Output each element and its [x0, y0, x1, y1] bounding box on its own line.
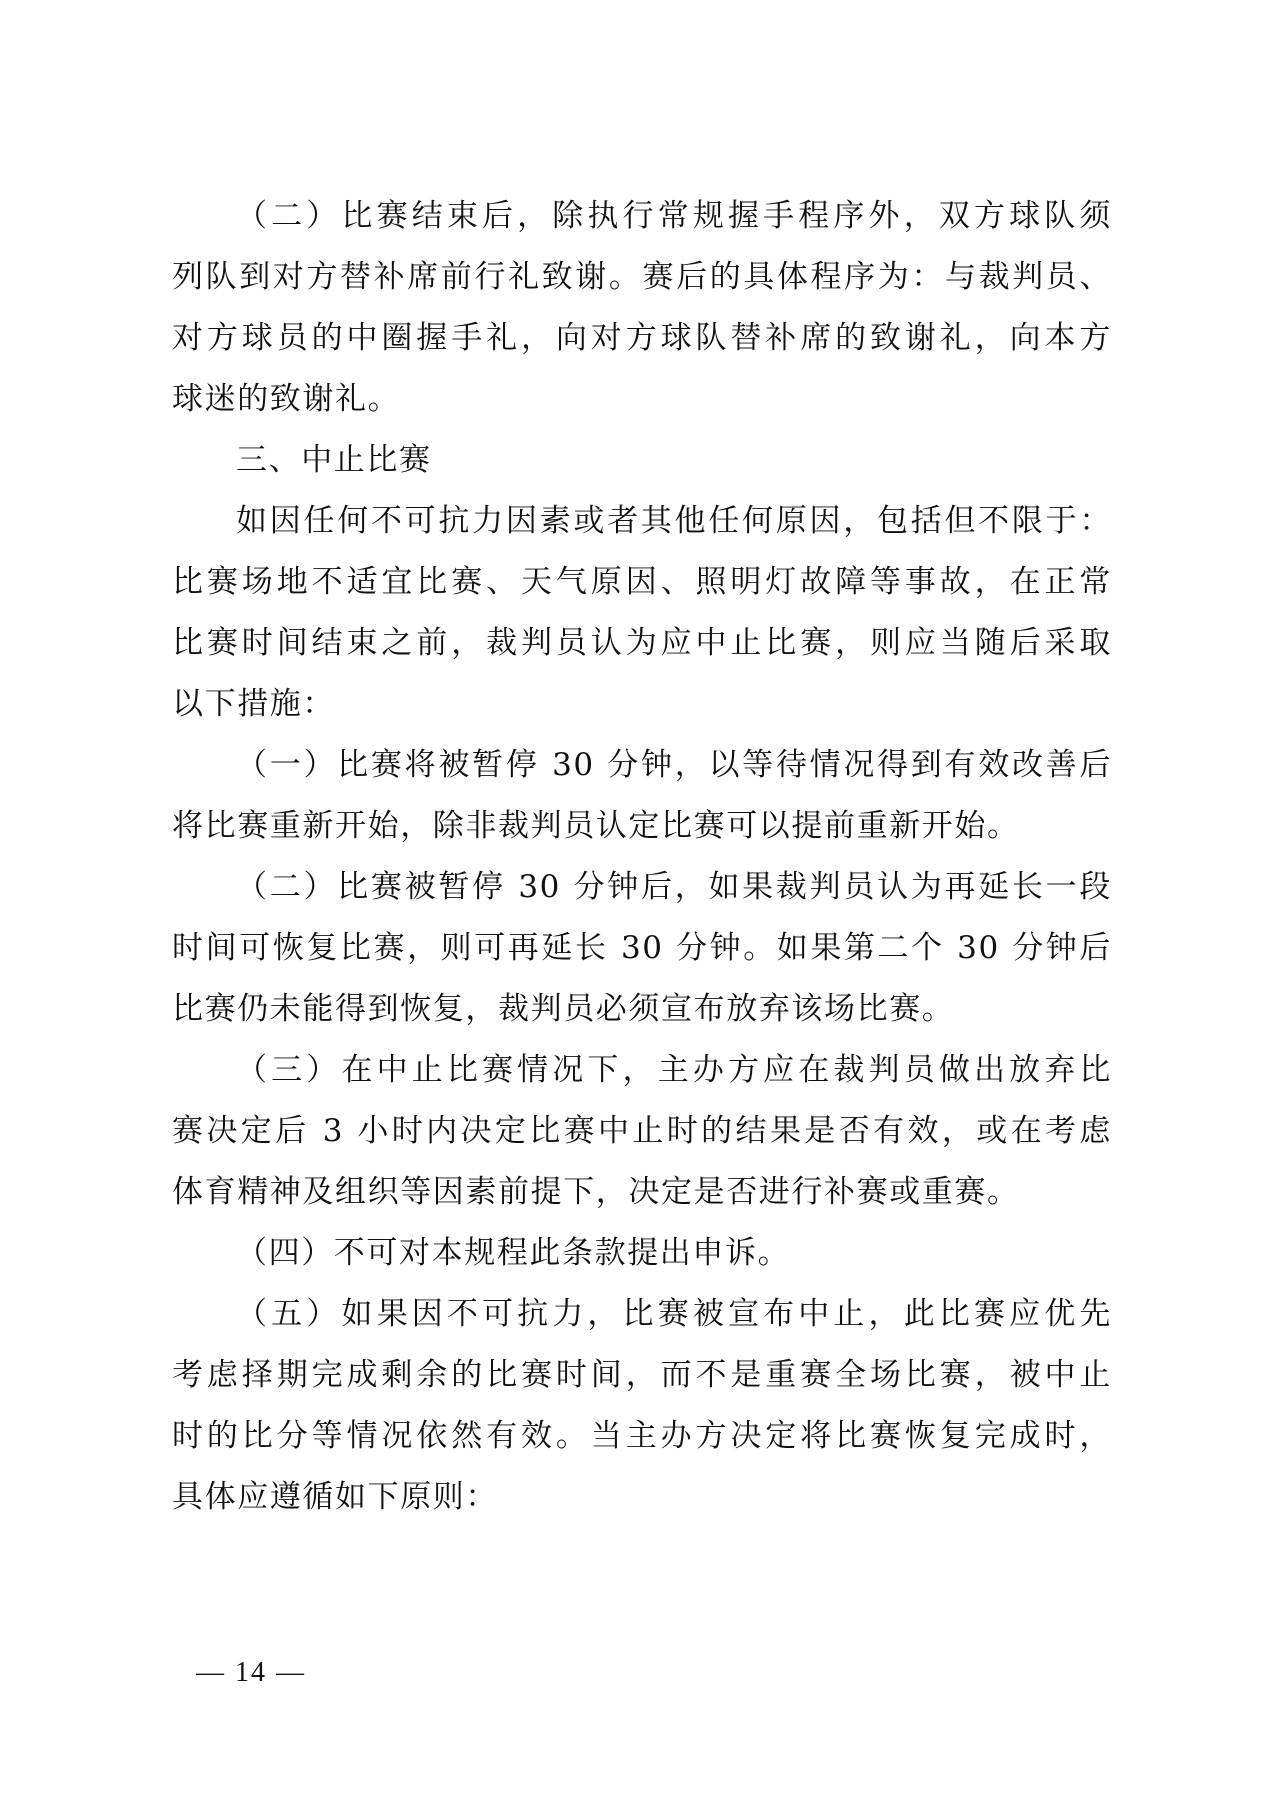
paragraph-line: 比赛场地不适宜比赛、天气原因、照明灯故障等事故，在正常	[172, 562, 1112, 602]
section-heading: 三、中止比赛	[236, 440, 1112, 480]
paragraph-line: （二）比赛结束后，除执行常规握手程序外，双方球队须	[236, 196, 1112, 236]
paragraph-line: （五）如果因不可抗力，比赛被宣布中止，此比赛应优先	[236, 1294, 1112, 1334]
paragraph-line: （四）不可对本规程此条款提出申诉。	[236, 1233, 1112, 1273]
paragraph-line: 体育精神及组织等因素前提下，决定是否进行补赛或重赛。	[172, 1172, 1112, 1212]
paragraph-line: 对方球员的中圈握手礼，向对方球队替补席的致谢礼，向本方	[172, 318, 1112, 358]
paragraph-line: 时间可恢复比赛，则可再延长 30 分钟。如果第二个 30 分钟后	[172, 928, 1112, 968]
paragraph-line: 时的比分等情况依然有效。当主办方决定将比赛恢复完成时，	[172, 1416, 1112, 1456]
paragraph-line: （三）在中止比赛情况下，主办方应在裁判员做出放弃比	[236, 1050, 1112, 1090]
paragraph-line: 如因任何不可抗力因素或者其他任何原因，包括但不限于：	[236, 501, 1112, 541]
paragraph-line: 比赛时间结束之前，裁判员认为应中止比赛，则应当随后采取	[172, 623, 1112, 663]
paragraph-line: 比赛仍未能得到恢复，裁判员必须宣布放弃该场比赛。	[172, 989, 1112, 1029]
paragraph-line: 球迷的致谢礼。	[172, 379, 1112, 419]
page-number: — 14 —	[196, 1655, 306, 1691]
paragraph-line: 列队到对方替补席前行礼致谢。赛后的具体程序为：与裁判员、	[172, 257, 1112, 297]
paragraph-line: 具体应遵循如下原则：	[172, 1477, 1112, 1517]
paragraph-line: 赛决定后 3 小时内决定比赛中止时的结果是否有效，或在考虑	[172, 1111, 1112, 1151]
document-page: （二）比赛结束后，除执行常规握手程序外，双方球队须 列队到对方替补席前行礼致谢。…	[0, 0, 1280, 1810]
paragraph-line: 将比赛重新开始，除非裁判员认定比赛可以提前重新开始。	[172, 806, 1112, 846]
paragraph-line: 考虑择期完成剩余的比赛时间，而不是重赛全场比赛，被中止	[172, 1355, 1112, 1395]
paragraph-line: 以下措施：	[172, 684, 1112, 724]
paragraph-line: （二）比赛被暂停 30 分钟后，如果裁判员认为再延长一段	[236, 867, 1112, 907]
paragraph-line: （一）比赛将被暂停 30 分钟，以等待情况得到有效改善后	[236, 745, 1112, 785]
